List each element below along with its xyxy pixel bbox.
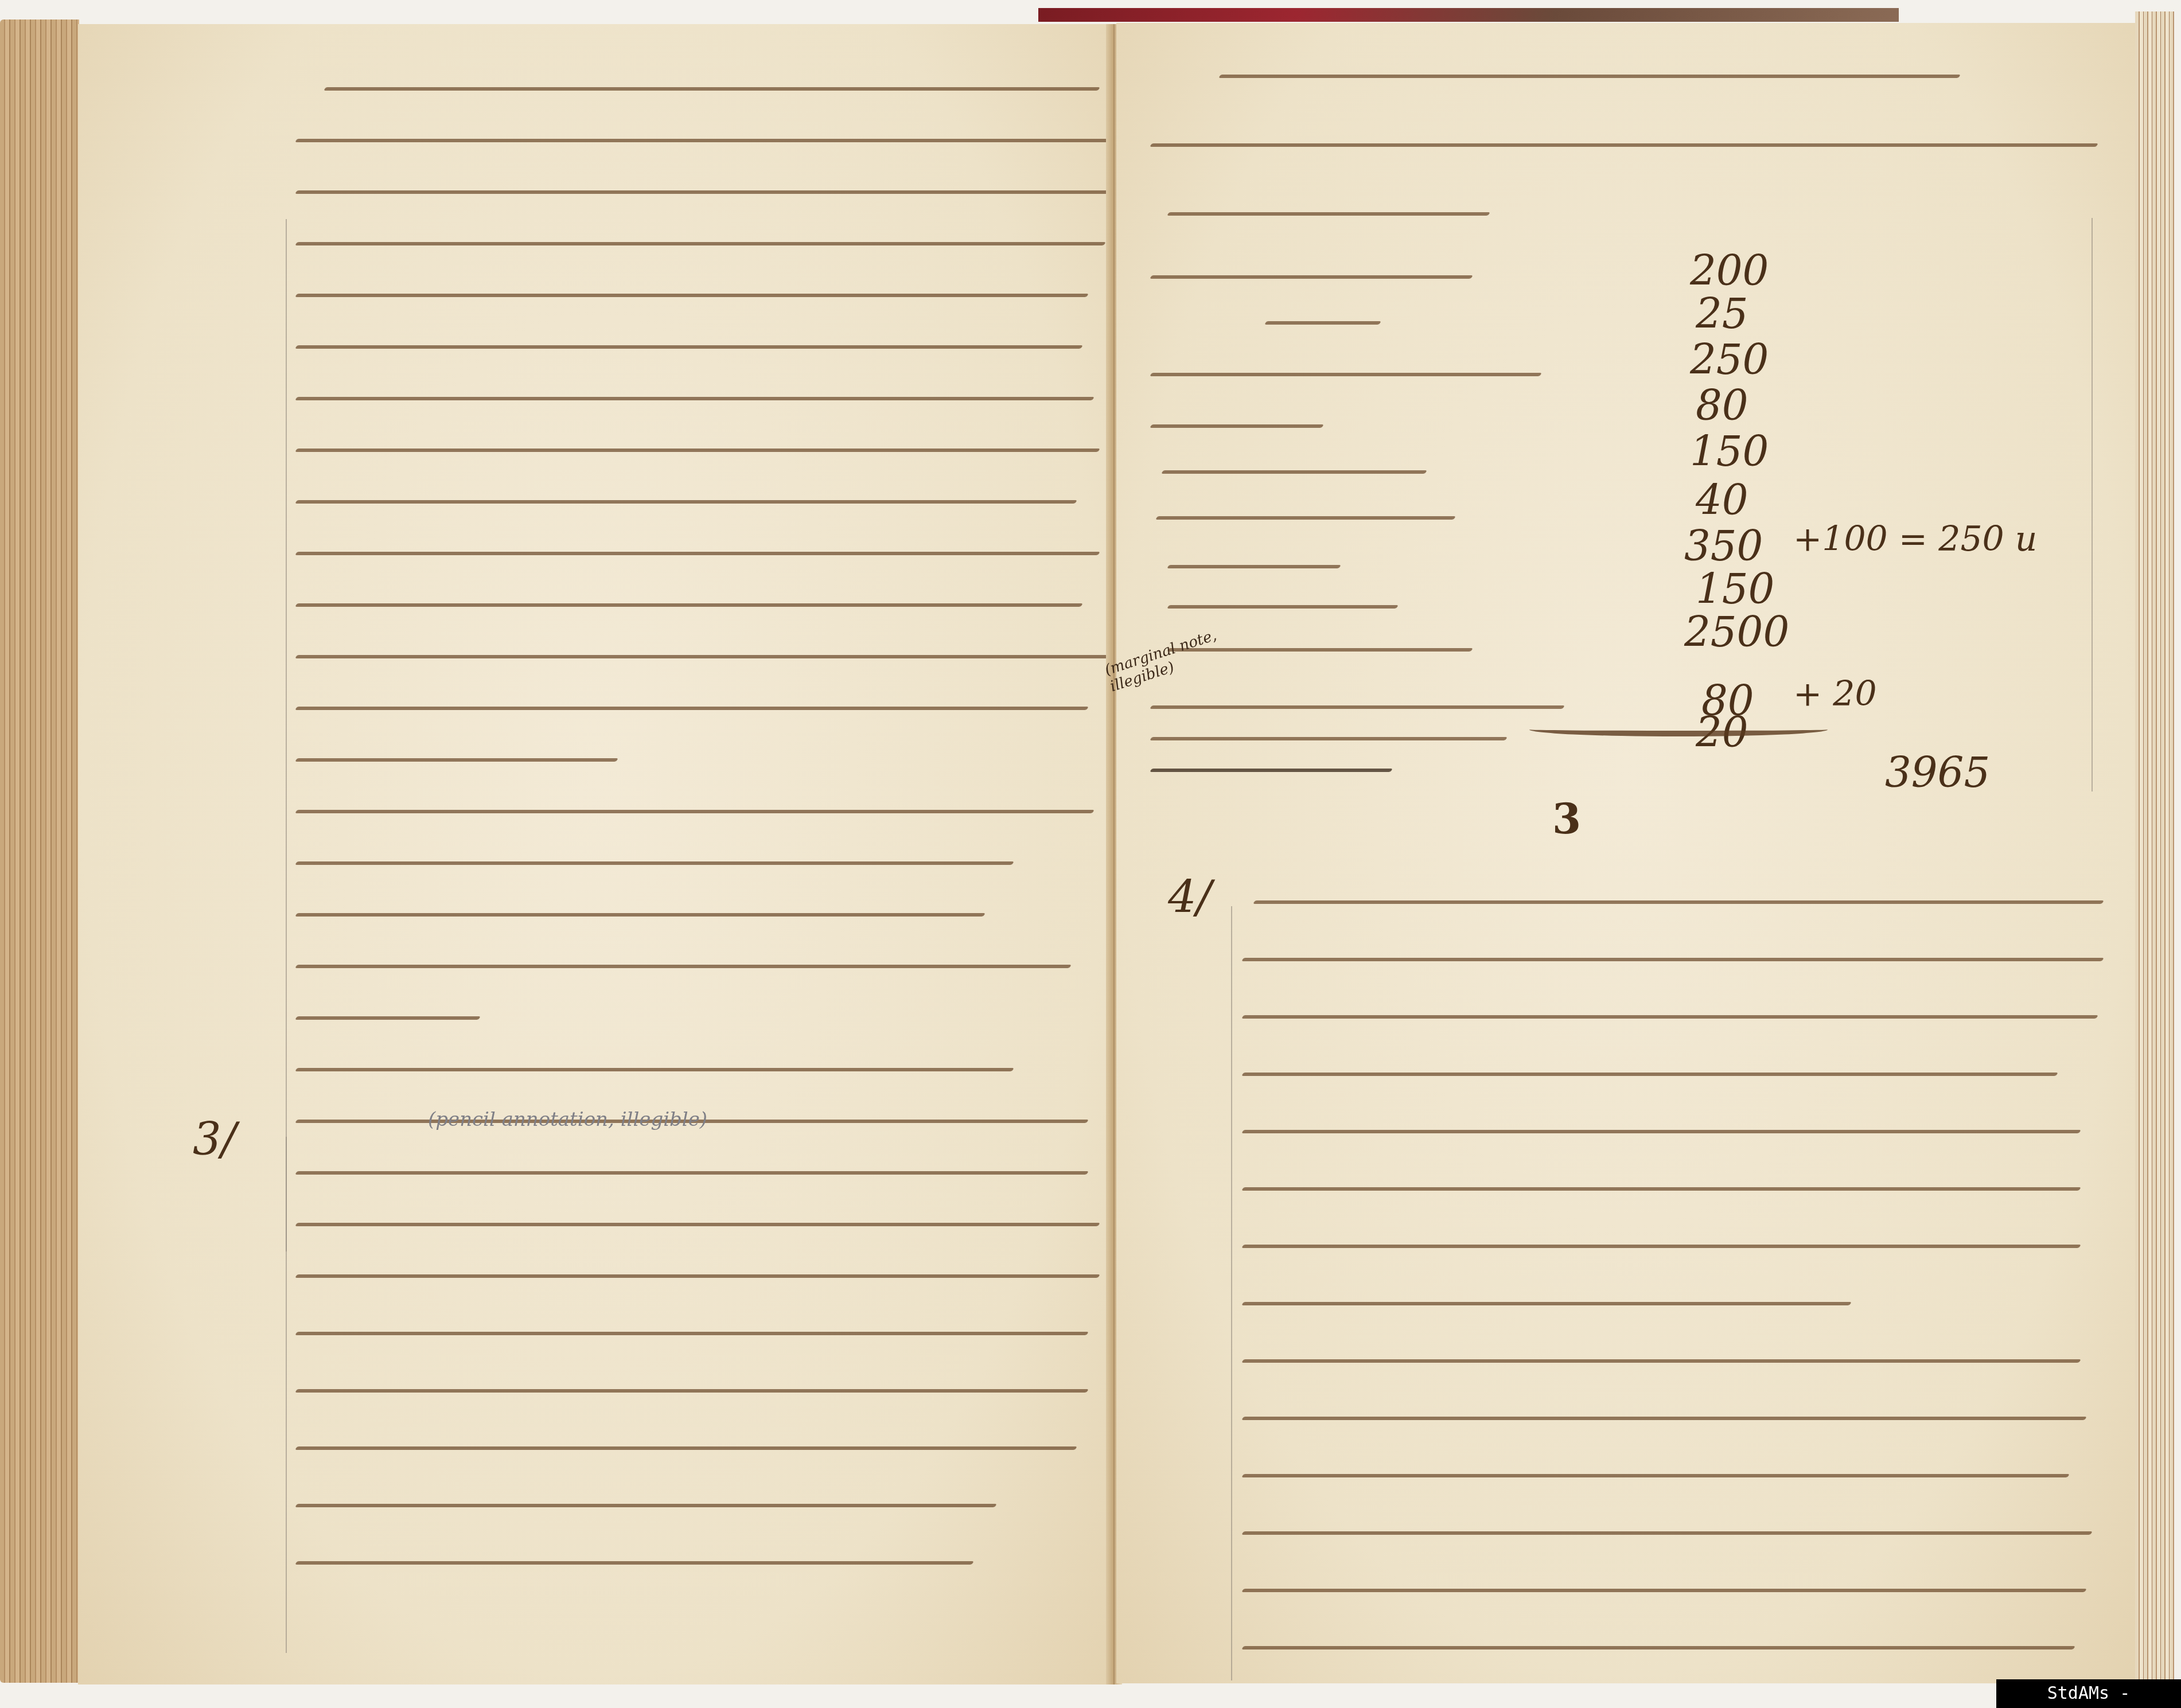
list-item-text (1264, 321, 1381, 325)
list-item-text (1150, 424, 1323, 428)
handwriting-line (295, 758, 618, 762)
handwriting-line (1241, 1187, 2081, 1191)
list-total: 3965 (1885, 748, 1990, 797)
handwriting-line (1241, 1359, 2081, 1363)
handwriting-line (295, 810, 1094, 813)
handwriting-line (1150, 143, 2098, 147)
handwriting-line (295, 603, 1082, 607)
handwriting-line (1241, 1073, 2058, 1076)
binding-headband (1038, 8, 1899, 22)
margin-rule (1231, 906, 1232, 1680)
list-item-amount: 250 (1690, 336, 1769, 384)
handwriting-line (295, 552, 1100, 555)
margin-rule (286, 219, 287, 1251)
handwriting-line (295, 655, 1111, 658)
pencil-annotation: (pencil annotation, illegible) (428, 1108, 707, 1131)
handwriting-line (295, 345, 1082, 349)
section-marker-3: 3/ (193, 1114, 236, 1165)
handwriting-line (295, 139, 1117, 142)
archive-label: StdAMs - MV_002a_098 (1996, 1679, 2181, 1708)
handwriting-line (1241, 958, 2104, 961)
handwriting-line (295, 1332, 1088, 1335)
handwriting-line (295, 1068, 1014, 1071)
handwriting-line (1241, 1015, 2098, 1019)
list-item-amount: 25 (1696, 290, 1748, 338)
list-item-text (1150, 373, 1541, 376)
handwriting-line (1253, 900, 2104, 904)
handwriting-line (295, 965, 1071, 968)
subtotal-marker: 3 (1552, 794, 1581, 843)
list-item-text (1150, 275, 1473, 279)
list-item-text (1150, 737, 1507, 740)
list-item-amount: 2500 (1684, 608, 1789, 656)
margin-note: (marginal note, illegible) (1103, 623, 1233, 695)
handwriting-line (1241, 1589, 2086, 1592)
list-item-text (1155, 516, 1455, 520)
list-item-text (1161, 470, 1427, 474)
handwriting-line (295, 449, 1100, 452)
handwriting-line (1241, 1474, 2069, 1477)
curtains-annotation: + 20 (1793, 674, 1877, 714)
list-item-text (1150, 769, 1392, 772)
margin-rule (2092, 218, 2093, 791)
list-item-amount: 80 (1696, 381, 1748, 430)
list-item-amount: 40 (1696, 476, 1748, 524)
handwriting-line (295, 1504, 996, 1507)
handwriting-line (295, 397, 1094, 400)
page-stack-right (2135, 11, 2174, 1692)
podium-annotation: +100 = 250 u (1793, 519, 2037, 559)
handwriting-line (295, 242, 1105, 245)
list-item-amount: 150 (1690, 427, 1769, 475)
section-marker-4: 4/ (1168, 872, 1212, 923)
list-item-text (1167, 605, 1398, 609)
handwriting-line (295, 1171, 1088, 1175)
handwriting-line (295, 707, 1088, 710)
handwriting-line (295, 861, 1014, 865)
handwriting-line (1241, 1245, 2081, 1248)
page-stack-left (0, 20, 79, 1683)
handwriting-line (295, 294, 1088, 297)
list-item-amount: 200 (1690, 247, 1769, 295)
open-book: 3/ (pencil annotation, illegible) 200 25… (0, 8, 2174, 1694)
handwriting-line (295, 1389, 1088, 1393)
right-page: 200 25 250 80 150 40 350 +100 = 250 u 15… (1116, 23, 2135, 1683)
handwriting-line (295, 1274, 1100, 1278)
handwriting-line (1241, 1531, 2092, 1535)
handwriting-line (324, 87, 1100, 91)
list-item-amount: 350 (1684, 522, 1763, 570)
handwriting-line (1167, 212, 1490, 216)
handwriting-line (295, 1446, 1077, 1450)
handwriting-line (295, 1223, 1100, 1226)
handwriting-line (1241, 1302, 1851, 1305)
handwriting-line (295, 1016, 480, 1020)
margin-rule (286, 1137, 287, 1653)
handwriting-line (295, 1561, 973, 1565)
ink-flourish (1529, 723, 1828, 736)
left-page: 3/ (pencil annotation, illegible) (78, 24, 1115, 1684)
handwriting-line (1241, 1417, 2086, 1420)
handwriting-line (295, 913, 985, 917)
handwriting-line (1241, 1646, 2075, 1649)
handwriting-line (1241, 1130, 2081, 1133)
handwriting-line (1218, 75, 1960, 78)
list-item-text (1150, 705, 1564, 709)
handwriting-line (295, 500, 1077, 504)
list-item-text (1167, 565, 1341, 568)
list-item-amount: 150 (1696, 565, 1774, 613)
handwriting-line (295, 190, 1111, 194)
